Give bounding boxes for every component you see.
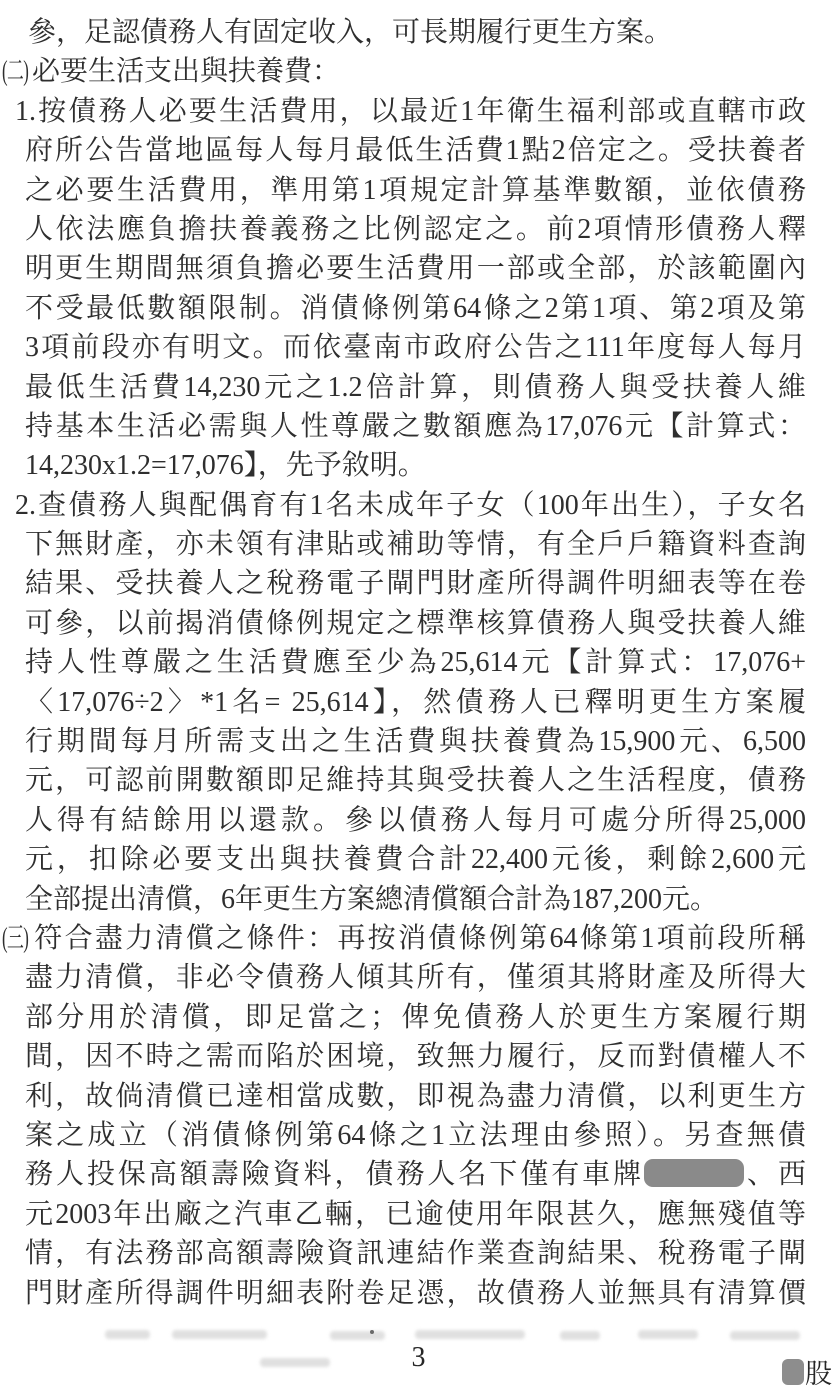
list-marker-2: (二) bbox=[2, 52, 20, 91]
text-line: 可參，以前揭消債條例規定之標準核算債務人與受扶養人維 bbox=[0, 604, 806, 643]
text-line: 3項前段亦有明文。而依臺南市政府公告之111年度每人每月 bbox=[0, 328, 806, 367]
redaction-box-clerk-name bbox=[782, 1359, 804, 1385]
text-line: 部分用於清償，即足當之；俾免債務人於更生方案履行期 bbox=[0, 998, 806, 1037]
list-marker-3: (三) bbox=[2, 919, 20, 958]
text-line-list-item: 2.查債務人與配偶育有1名未成年子女（100年出生），子女名 bbox=[0, 486, 806, 525]
scan-artifact bbox=[560, 1331, 600, 1340]
text-line: 元2003年出廠之汽車乙輛，已逾使用年限甚久，應無殘值等 bbox=[0, 1195, 806, 1234]
clerk-label: 股 bbox=[805, 1352, 832, 1391]
text-line: 人得有結餘用以還款。參以債務人每月可處分所得25,000 bbox=[0, 801, 806, 840]
text-line: 元，扣除必要支出與扶養費合計22,400元後，剩餘2,600元 bbox=[0, 840, 806, 879]
scan-artifact bbox=[330, 1331, 385, 1340]
text-line: 人依法應負擔扶養義務之比例認定之。前2項情形債務人釋 bbox=[0, 210, 806, 249]
text-line: 之必要生活費用，準用第1項規定計算基準數額，並依債務 bbox=[0, 171, 806, 210]
scan-artifact bbox=[638, 1330, 698, 1339]
text-line: 持人性尊嚴之生活費應至少為25,614元【計算式：17,076+ bbox=[0, 643, 806, 682]
text-line: 間，因不時之需而陷於困境，致無力履行，反而對債權人不 bbox=[0, 1037, 806, 1076]
text-line: 全部提出清償，6年更生方案總清償額合計為187,200元。 bbox=[0, 880, 806, 919]
line-text: 符合盡力清償之條件：再按消債條例第64條第1項前段所稱 bbox=[32, 923, 806, 954]
page-number: 3 bbox=[0, 1342, 837, 1374]
line-text: 、西 bbox=[744, 1159, 806, 1190]
text-line: 參，足認債務人有固定收入，可長期履行更生方案。 bbox=[0, 13, 806, 52]
text-line: 門財產所得調件明細表附卷足憑，故債務人並無具有清算價 bbox=[0, 1274, 806, 1313]
scan-artifact bbox=[730, 1331, 800, 1340]
text-line-list-item: 1.按債務人必要生活費用，以最近1年衛生福利部或直轄市政 bbox=[0, 92, 806, 131]
redaction-box-license-plate bbox=[644, 1159, 744, 1187]
text-line: 案之成立（消債條例第64條之1立法理由參照）。另查無債 bbox=[0, 1116, 806, 1155]
scan-artifact bbox=[105, 1330, 150, 1339]
text-line: 最低生活費14,230元之1.2倍計算，則債務人與受扶養人維 bbox=[0, 368, 806, 407]
text-line: 不受最低數額限制。消債條例第64條之2第1項、第2項及第 bbox=[0, 289, 806, 328]
scan-artifact bbox=[172, 1330, 267, 1339]
text-line: 持基本生活必需與人性尊嚴之數額應為17,076元【計算式： bbox=[0, 407, 806, 446]
line-text: 務人投保高額壽險資料，債務人名下僅有車牌 bbox=[25, 1159, 644, 1190]
text-line: 情，有法務部高額壽險資訊連結作業查詢結果、稅務電子閘 bbox=[0, 1234, 806, 1273]
text-line: 結果、受扶養人之稅務電子閘門財產所得調件明細表等在卷 bbox=[0, 564, 806, 603]
text-line: 利，故倘清償已達相當成數，即視為盡力清償，以利更生方 bbox=[0, 1077, 806, 1116]
text-line: 下無財產，亦未領有津貼或補助等情，有全戶戶籍資料查詢 bbox=[0, 525, 806, 564]
text-line: 行期間每月所需支出之生活費與扶養費為15,900元、6,500 bbox=[0, 722, 806, 761]
document-text-block: 參，足認債務人有固定收入，可長期履行更生方案。 (二)必要生活支出與扶養費： 1… bbox=[0, 13, 806, 1313]
text-line: 府所公告當地區每人每月最低生活費1點2倍定之。受扶養者 bbox=[0, 131, 806, 170]
scan-artifact-dot bbox=[370, 1330, 374, 1334]
text-line-list-item: (二)必要生活支出與扶養費： bbox=[0, 52, 806, 91]
scan-artifact bbox=[415, 1330, 525, 1339]
text-line-list-item: (三)符合盡力清償之條件：再按消債條例第64條第1項前段所稱 bbox=[0, 919, 806, 958]
text-line: 元，可認前開數額即足維持其與受扶養人之生活程度，債務 bbox=[0, 761, 806, 800]
text-line: 〈17,076÷2〉*1名= 25,614】，然債務人已釋明更生方案履 bbox=[0, 683, 806, 722]
text-line-with-redaction: 務人投保高額壽險資料，債務人名下僅有車牌、西 bbox=[0, 1155, 806, 1194]
clerk-stamp: 股 bbox=[782, 1352, 832, 1391]
line-text: 必要生活支出與扶養費： bbox=[32, 56, 340, 87]
text-line: 14,230x1.2=17,076】，先予敘明。 bbox=[0, 446, 806, 485]
document-page: 參，足認債務人有固定收入，可長期履行更生方案。 (二)必要生活支出與扶養費： 1… bbox=[0, 0, 837, 1398]
text-line: 明更生期間無須負擔必要生活費用一部或全部，於該範圍內 bbox=[0, 249, 806, 288]
text-line: 盡力清償，非必令債務人傾其所有，僅須其將財產及所得大 bbox=[0, 958, 806, 997]
